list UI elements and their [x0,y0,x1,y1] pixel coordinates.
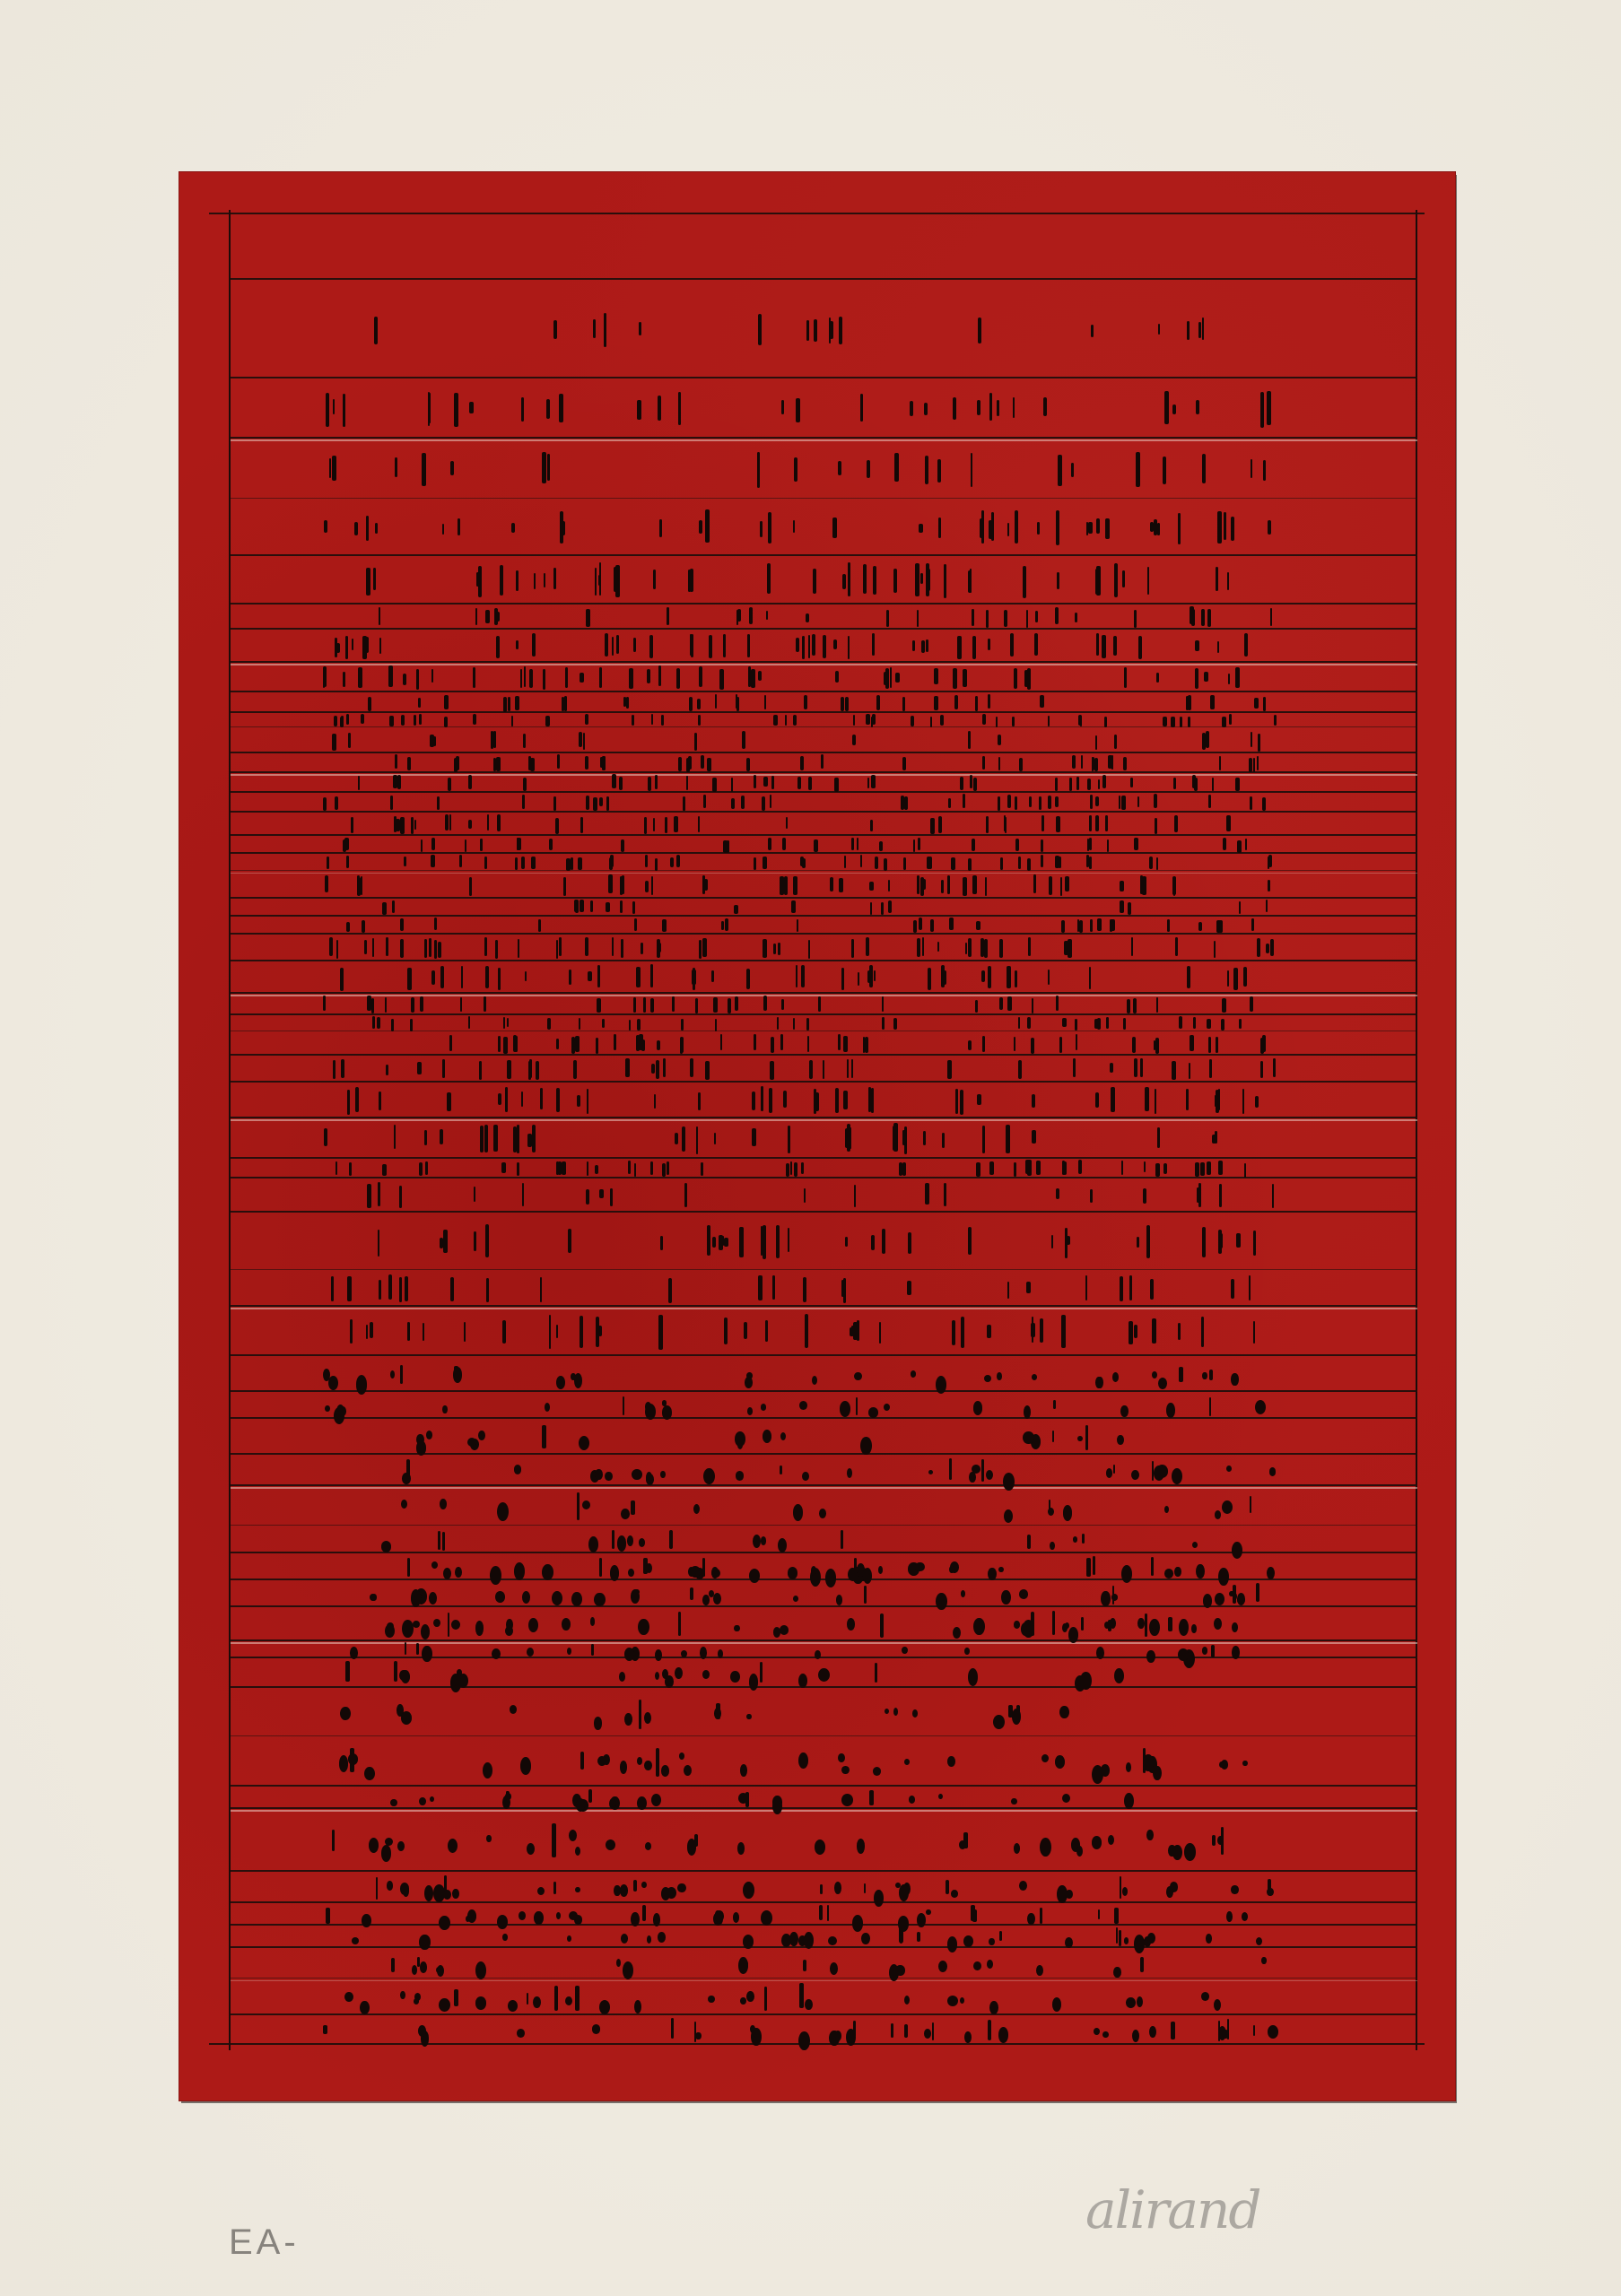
ink-mark [968,1668,978,1686]
ink-mark [347,1090,350,1115]
ink-mark [559,937,562,956]
ink-mark [593,319,596,338]
ink-mark [339,1755,348,1771]
ink-mark [743,1882,754,1899]
ink-mark [620,1884,628,1897]
ink-mark [534,1911,543,1925]
ink-mark [362,920,365,933]
ink-mark [891,2023,893,2038]
ink-mark [796,398,799,422]
ink-mark [1155,1163,1160,1177]
ink-mark [781,400,784,414]
ink-mark [372,938,374,957]
ink-mark [641,1039,645,1051]
ink-mark [475,1961,486,1979]
ink-mark [662,1400,667,1405]
ink-mark [952,1320,955,1345]
ink-mark [1004,610,1007,628]
ink-mark [497,1915,508,1929]
ink-mark [718,1649,723,1658]
ink-mark [1215,1510,1221,1519]
ink-mark [475,1621,484,1636]
ink-mark [1179,1619,1189,1636]
ink-mark [393,775,397,788]
ink-mark [702,1595,710,1605]
ink-mark [1179,1016,1182,1028]
ink-mark [1105,518,1110,539]
ink-mark [766,611,768,620]
ink-mark [850,1127,851,1150]
ink-mark [1056,510,1059,545]
ink-mark [355,1087,359,1112]
ink-mark [721,921,724,930]
ink-mark [555,818,558,834]
ink-mark [647,1935,651,1944]
ink-mark [986,816,989,832]
ink-mark [1239,901,1241,914]
ink-mark [1111,1087,1115,1112]
ink-mark [402,1473,410,1484]
ink-mark [522,795,524,808]
ink-mark [681,1650,687,1658]
ink-mark [653,1913,661,1926]
ink-mark [694,733,697,751]
ink-mark [733,1912,739,1923]
ink-mark [1154,794,1156,807]
ink-mark [1272,1184,1274,1208]
ink-mark [616,635,619,655]
ink-mark [1127,999,1130,1013]
ink-mark [932,2022,935,2041]
ink-mark [734,1625,739,1632]
ink-mark [878,1566,884,1574]
ink-mark [938,1961,947,1972]
ink-mark [723,840,727,853]
ink-mark [740,1764,747,1776]
ink-mark [1155,1038,1160,1054]
ink-mark [508,697,510,711]
ink-mark [686,758,690,771]
ink-mark [703,795,706,808]
ink-mark [675,1133,678,1144]
ink-mark [483,1762,492,1779]
ink-mark [863,1037,865,1053]
ink-mark [961,1317,965,1348]
ink-mark [480,1126,484,1152]
ink-mark [430,735,433,748]
ink-mark [1015,970,1017,987]
ink-mark [621,1509,630,1519]
ink-mark [949,1458,953,1481]
ink-mark [728,998,731,1013]
ink-mark [976,921,980,930]
ink-mark [934,696,937,710]
ink-mark [815,1839,825,1854]
ink-mark [417,1062,422,1074]
ink-mark [971,453,972,488]
ink-mark [947,875,950,894]
ink-mark [1187,966,1190,988]
ink-mark [1215,1095,1216,1108]
ink-mark [681,1019,684,1031]
ink-mark [1056,996,1058,1011]
ink-mark [493,1125,498,1152]
ink-mark [569,1911,578,1920]
ink-mark [747,1407,753,1415]
ink-mark [980,938,984,957]
ink-mark [1255,1096,1259,1108]
ink-mark [599,1558,602,1577]
ink-mark [793,520,795,533]
ink-mark [796,638,799,652]
ink-mark [633,1880,637,1892]
ink-mark [660,1471,666,1479]
ink-mark [705,1061,710,1080]
ink-mark [953,397,956,421]
ink-mark [871,775,875,788]
ink-mark [379,1280,381,1300]
ink-mark [1087,778,1091,790]
ink-mark [407,1558,410,1577]
ink-mark [416,669,419,690]
ink-mark [951,1890,959,1898]
ink-mark [650,998,654,1013]
ink-mark [928,968,931,990]
ink-mark [960,1997,964,2004]
ink-mark [874,970,876,981]
ink-mark [650,1161,653,1175]
ink-mark [1094,758,1098,771]
ink-mark [1231,1373,1238,1385]
ink-mark [742,731,745,749]
ink-mark [375,523,377,533]
ink-mark [1091,325,1094,337]
ink-mark [651,714,654,725]
ink-mark [749,607,753,625]
ink-mark [1032,1130,1036,1144]
ink-mark [416,1643,419,1655]
ink-mark [486,1278,488,1302]
ink-mark [1055,778,1059,791]
ink-mark [758,314,762,346]
ink-mark [400,939,404,958]
ink-mark [1116,1927,1118,1944]
ink-mark [617,1535,627,1552]
ink-mark [1076,777,1079,790]
ink-mark [620,900,623,913]
ink-mark [376,1877,378,1900]
ink-mark [1153,1766,1161,1781]
ink-mark [1048,796,1051,809]
ink-mark [389,716,394,726]
ink-mark [1140,1957,1144,1972]
ink-mark [845,697,848,711]
ink-mark [386,1065,388,1075]
ink-mark [763,1225,766,1259]
ink-mark [505,1087,508,1112]
ink-mark [377,1017,380,1029]
ink-mark [1113,1465,1115,1474]
ink-mark [405,1276,407,1301]
ink-mark [577,1095,581,1107]
ink-mark [486,1835,491,1842]
ink-mark [848,562,851,596]
ink-mark [651,876,653,895]
ink-mark [423,1323,425,1341]
notation-marks [179,172,1455,2100]
ink-mark [591,1644,593,1656]
ink-mark [575,1036,580,1052]
ink-mark [669,1530,673,1549]
ink-mark [610,1565,620,1581]
ink-mark [1202,1372,1207,1380]
ink-mark [873,1767,882,1776]
ink-mark [651,1064,655,1074]
ink-mark [1250,1496,1251,1513]
ink-mark [540,1277,543,1302]
ink-mark [954,695,957,709]
ink-mark [852,735,857,745]
ink-mark [926,639,928,652]
ink-mark [699,520,702,535]
ink-mark [419,1162,423,1176]
ink-mark [633,997,636,1013]
ink-mark [556,1325,558,1338]
ink-mark [818,996,820,1012]
ink-mark [599,1189,603,1199]
ink-mark [1201,609,1205,627]
ink-mark [1082,1534,1085,1544]
ink-mark [1207,609,1211,627]
ink-mark [885,1709,889,1714]
ink-mark [868,1087,870,1112]
ink-mark [333,399,335,414]
ink-mark [1145,1613,1148,1638]
ink-mark [1261,1957,1266,1964]
ink-mark [610,855,614,867]
ink-mark [1069,778,1072,791]
ink-mark [915,1562,925,1572]
ink-mark [982,1036,985,1052]
ink-mark [357,875,360,894]
ink-mark [784,876,788,895]
ink-mark [1075,1019,1076,1031]
ink-mark [627,1535,633,1546]
ink-mark [941,880,944,892]
ink-mark [829,317,832,343]
ink-mark [496,636,499,657]
ink-mark [973,778,977,791]
ink-mark [1149,857,1153,869]
ink-mark [324,1128,327,1145]
ink-mark [1198,322,1201,339]
ink-mark [655,1672,659,1680]
ink-mark [422,1646,431,1662]
ink-mark [1231,1885,1238,1894]
ink-mark [438,1531,440,1550]
ink-mark [1027,1162,1032,1176]
ink-mark [917,938,919,957]
ink-mark [1026,610,1029,628]
ink-mark [821,754,824,768]
ink-mark [1085,1425,1088,1450]
ink-mark [619,1672,625,1682]
ink-mark [442,1059,445,1078]
ink-mark [860,855,862,867]
ink-mark [592,2024,601,2033]
ink-mark [1267,391,1270,426]
ink-mark [1019,1589,1028,1598]
ink-mark [1253,1321,1255,1344]
ink-mark [585,756,588,770]
ink-mark [420,1961,428,1973]
ink-mark [765,1320,768,1342]
ink-mark [1178,513,1181,544]
ink-mark [411,817,414,833]
ink-mark [1131,937,1133,956]
ink-mark [1253,2025,1255,2036]
ink-mark [760,521,763,538]
ink-mark [366,1325,369,1340]
ink-mark [362,1914,371,1927]
ink-mark [818,1668,830,1682]
ink-mark [841,697,845,711]
ink-mark [346,856,349,868]
ink-mark [1032,998,1034,1013]
ink-mark [619,777,623,790]
ink-mark [556,1376,565,1389]
ink-mark [397,775,401,788]
ink-mark [1206,731,1209,749]
ink-mark [623,1961,633,1979]
ink-mark [659,519,662,537]
ink-mark [661,1765,669,1776]
ink-mark [340,1707,350,1720]
ink-mark [455,1567,462,1578]
ink-mark [691,634,693,657]
ink-mark [902,1162,906,1176]
ink-mark [431,855,435,867]
ink-mark [778,1538,787,1552]
ink-mark [695,998,699,1013]
ink-mark [411,997,414,1013]
ink-mark [693,1504,700,1514]
ink-mark [747,634,751,657]
ink-mark [731,798,736,808]
ink-mark [1201,1317,1204,1347]
ink-mark [1098,779,1100,790]
ink-mark [390,1799,397,1806]
ink-mark [1184,1843,1196,1860]
ink-mark [1114,1668,1124,1683]
ink-mark [851,838,854,850]
ink-mark [567,1648,571,1655]
ink-mark [772,1275,774,1300]
ink-mark [1014,1162,1017,1176]
ink-mark [599,667,601,688]
ink-mark [585,714,589,725]
ink-mark [595,1165,598,1174]
ink-mark [847,1618,856,1631]
ink-mark [1210,695,1215,709]
ink-mark [1013,397,1015,418]
ink-mark [919,524,922,533]
ink-mark [968,1227,972,1254]
ink-mark [656,1060,659,1079]
ink-mark [356,1375,368,1395]
ink-mark [972,1909,977,1922]
ink-mark [658,943,661,952]
ink-mark [701,1162,704,1176]
ink-mark [348,733,351,748]
ink-mark [841,968,844,990]
ink-mark [578,857,581,870]
ink-mark [690,569,693,592]
ink-mark [1145,1087,1149,1111]
ink-mark [1112,1372,1119,1382]
ink-mark [1077,1436,1083,1441]
ink-mark [450,1277,454,1300]
ink-mark [793,1596,798,1602]
ink-mark [495,1591,505,1602]
ink-mark [662,1163,666,1177]
ink-mark [1186,1089,1189,1110]
ink-mark [734,905,738,914]
ink-mark [1157,1127,1161,1147]
ink-mark [670,857,674,867]
ink-mark [401,715,405,726]
ink-mark [537,1887,545,1895]
ink-mark [1140,1058,1143,1077]
ink-mark [969,1472,976,1483]
ink-mark [639,1700,641,1729]
ink-mark [532,1125,536,1153]
ink-mark [580,1752,584,1770]
ink-mark [1005,817,1007,833]
ink-mark [978,317,981,344]
ink-mark [825,1569,837,1587]
ink-mark [323,996,325,1011]
ink-mark [511,523,514,533]
ink-mark [554,1986,558,2011]
ink-mark [748,666,752,687]
ink-mark [998,1567,1004,1573]
ink-mark [1214,941,1216,958]
ink-mark [1018,1060,1022,1079]
ink-mark [977,1094,981,1105]
ink-mark [580,817,583,833]
ink-mark [955,1089,958,1114]
ink-mark [1048,1508,1054,1516]
ink-mark [575,1887,580,1892]
ink-mark [851,939,854,958]
ink-mark [426,1431,432,1439]
ink-mark [400,817,405,833]
ink-mark [910,401,913,416]
ink-mark [707,1225,710,1256]
ink-mark [400,918,404,931]
ink-mark [984,939,988,958]
ink-mark [624,1648,634,1661]
ink-mark [485,610,490,624]
ink-mark [1007,795,1011,808]
ink-mark [953,668,957,689]
ink-mark [331,1276,333,1301]
ink-mark [1188,717,1190,727]
ink-mark [754,1034,756,1050]
ink-mark [411,1589,421,1607]
ink-mark [699,940,702,959]
